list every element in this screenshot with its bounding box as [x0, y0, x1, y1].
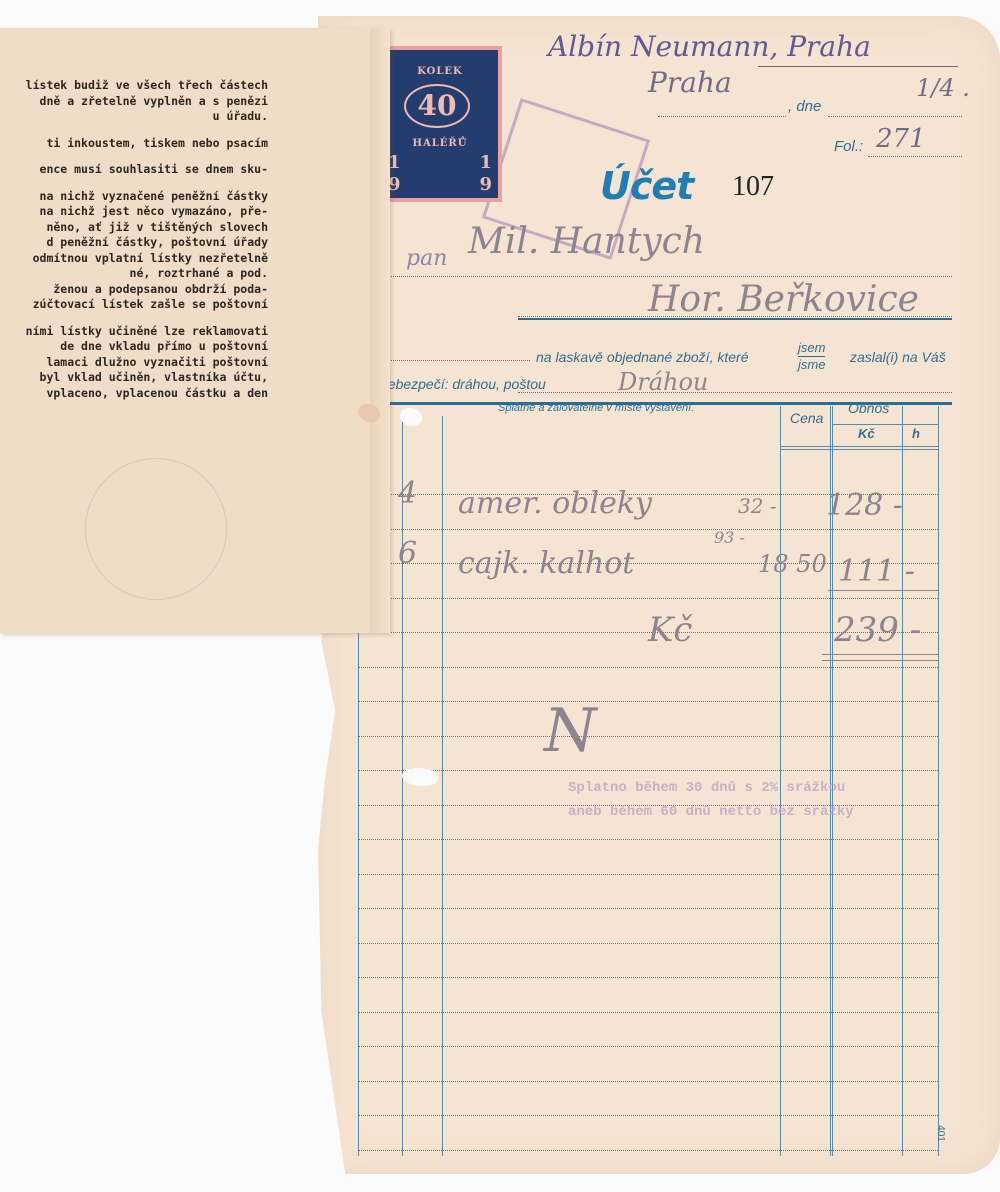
city-dotline	[658, 116, 786, 117]
total-underline-2	[822, 660, 938, 661]
fol-handwritten: 271	[876, 124, 926, 154]
table-row-line	[358, 1150, 938, 1151]
row-2-amount: 111 -	[838, 554, 915, 589]
form-code: 401	[935, 1125, 946, 1142]
stamp-year: 1 1	[388, 152, 492, 173]
folded-payment-slip: lístek budiž ve všech třech částech dně …	[0, 28, 390, 633]
transport-dotline	[518, 392, 952, 393]
header-divider	[832, 424, 938, 425]
addressee-city-handwritten: Hor. Beřkovice	[648, 279, 919, 320]
header-bottom-rule	[780, 446, 938, 447]
addressee-dotline	[330, 276, 952, 277]
row-2-unit-note: 93 -	[714, 528, 745, 547]
date-handwritten: 1/4 .	[916, 74, 970, 102]
row-2-item: cajk. kalhot	[458, 546, 634, 581]
header-price: Cena	[790, 410, 823, 426]
slip-paragraph: ence musí souhlasiti se dnem sku-	[0, 162, 268, 178]
fol-dotline	[868, 156, 962, 157]
date-dotline	[828, 116, 962, 117]
row-2-price: 18 50	[758, 550, 827, 578]
table-column-line	[402, 416, 403, 1156]
row-1-unit-note: 32 -	[738, 494, 777, 518]
table-row-line	[358, 667, 938, 668]
header-bottom-rule	[780, 449, 938, 450]
table-row-line	[358, 1115, 938, 1116]
row-1-amount: 128 -	[826, 488, 903, 523]
ordered-goods-text: na laskavě objednané zboží, které	[536, 349, 748, 365]
signature: N	[544, 696, 597, 766]
table-column-line	[938, 406, 939, 1156]
issuer-handwritten: Albín Neumann, Praha	[548, 30, 871, 63]
issuer-underline	[758, 66, 958, 67]
stamp-value: 40	[404, 84, 470, 128]
table-row-line	[358, 770, 938, 771]
table-row-line	[358, 701, 938, 702]
header-amount: Obnos	[848, 400, 889, 416]
fol-label: Fol.:	[834, 138, 863, 155]
table-row-line	[358, 908, 938, 909]
punch-hole	[400, 408, 422, 426]
addressee-prefix: pan	[406, 246, 447, 271]
total-underline-1	[822, 654, 938, 655]
table-row-line	[358, 874, 938, 875]
date-label: , dne	[788, 98, 821, 115]
total-amount: 239 -	[834, 610, 921, 650]
table-row-line	[358, 598, 938, 599]
total-label: Kč	[648, 610, 692, 650]
table-row-line	[358, 943, 938, 944]
table-row-line	[358, 977, 938, 978]
faint-postmark	[85, 458, 227, 600]
header-hellers: h	[912, 426, 920, 441]
subtotal-underline	[828, 590, 938, 591]
row-2-qty: 6	[398, 536, 417, 571]
city-handwritten: Praha	[648, 66, 732, 99]
slip-paragraph: na nichž vyznačené peněžní částky na nic…	[0, 189, 268, 313]
city2-dotline	[518, 316, 952, 317]
table-column-line	[442, 416, 443, 1156]
risk-text: nebezpečí: dráhou, poštou	[380, 376, 546, 392]
slip-fold-edge	[370, 28, 390, 633]
table-row-line	[358, 839, 938, 840]
row-1-qty: 4	[398, 476, 417, 511]
payment-terms-stamp: Splatno během 30 dnů s 2% srážkou aneb b…	[568, 776, 854, 824]
slip-paragraph: lístek budiž ve všech třech částech dně …	[0, 78, 268, 125]
header-crowns: Kč	[858, 426, 875, 441]
punch-hole	[402, 768, 438, 786]
row-1-item: amer. obleky	[458, 486, 652, 521]
document-title: Účet	[600, 164, 693, 208]
table-row-line	[358, 736, 938, 737]
addressee-handwritten: Mil. Hantych	[468, 221, 705, 262]
revenue-stamp: KOLEK 40 HALÉŘŮ 1 1 9 9	[378, 46, 502, 202]
sent-text: zaslal(i) na Váš	[850, 349, 946, 365]
address-rule	[518, 318, 952, 320]
invoice-number: 107	[732, 171, 774, 203]
table-row-line	[358, 1081, 938, 1082]
table-row-line	[358, 1046, 938, 1047]
slip-paragraph: ti inkoustem, tiskem nebo psacím	[0, 136, 268, 152]
punch-hole	[358, 404, 380, 422]
slip-paragraph: ními lístky učiněné lze reklamovati de d…	[0, 324, 268, 402]
payable-text: Splatné a žalovatelné v místě vystavení.	[498, 402, 694, 414]
table-row-line	[358, 529, 938, 530]
slip-instructions: lístek budiž ve všech třech částech dně …	[0, 78, 268, 412]
table-row-line	[358, 1012, 938, 1013]
jsem-jsme-fraction: jsem jsme	[798, 340, 825, 373]
